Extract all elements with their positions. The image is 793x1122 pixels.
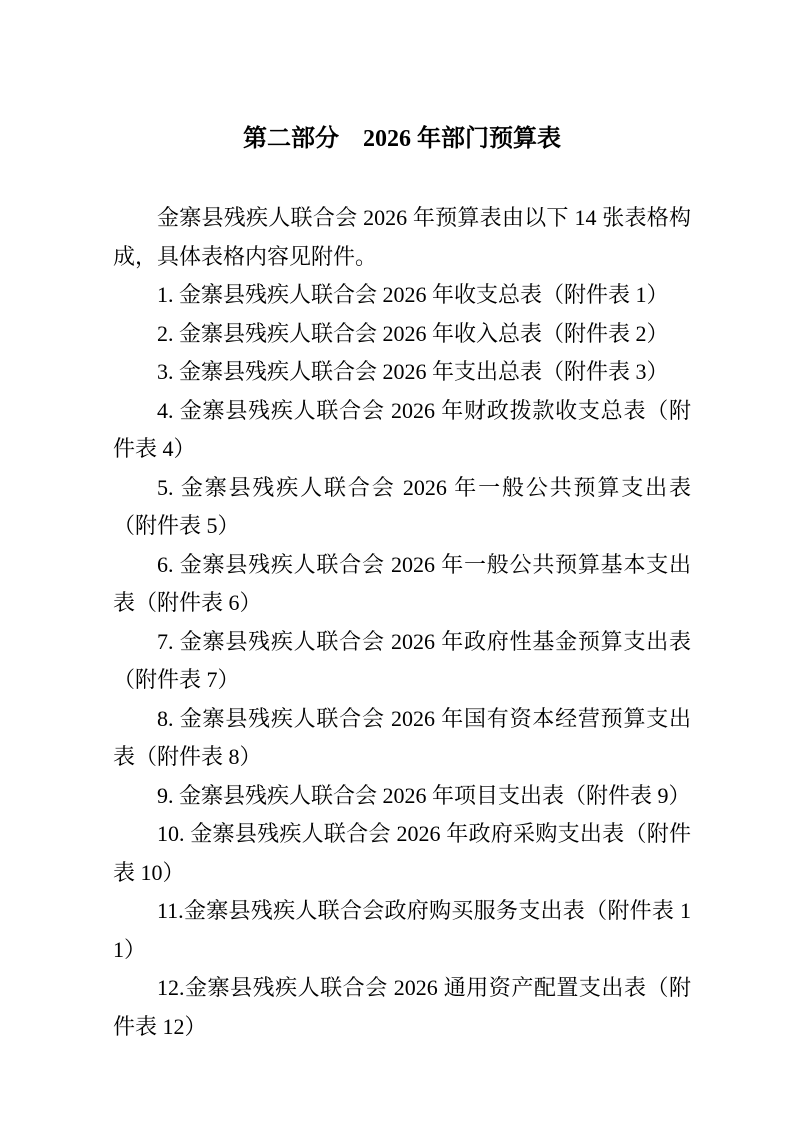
budget-table-item: 5. 金寨县残疾人联合会 2026 年一般公共预算支出表（附件表 5） [113,469,691,546]
budget-table-item: 8. 金寨县残疾人联合会 2026 年国有资本经营预算支出表（附件表 8） [113,700,691,777]
budget-table-item: 6. 金寨县残疾人联合会 2026 年一般公共预算基本支出表（附件表 6） [113,546,691,623]
budget-table-item: 7. 金寨县残疾人联合会 2026 年政府性基金预算支出表（附件表 7） [113,623,691,700]
budget-table-item: 4. 金寨县残疾人联合会 2026 年财政拨款收支总表（附件表 4） [113,392,691,469]
budget-table-item: 9. 金寨县残疾人联合会 2026 年项目支出表（附件表 9） [113,777,691,816]
document-page: 第二部分 2026 年部门预算表 金寨县残疾人联合会 2026 年预算表由以下 … [0,0,793,1122]
budget-table-list: 1. 金寨县残疾人联合会 2026 年收支总表（附件表 1） 2. 金寨县残疾人… [113,276,691,1046]
budget-table-item: 1. 金寨县残疾人联合会 2026 年收支总表（附件表 1） [113,276,691,315]
budget-table-item: 11.金寨县残疾人联合会政府购买服务支出表（附件表 11） [113,892,691,969]
budget-table-item: 2. 金寨县残疾人联合会 2026 年收入总表（附件表 2） [113,315,691,354]
budget-table-item: 12.金寨县残疾人联合会 2026 通用资产配置支出表（附件表 12） [113,969,691,1046]
budget-table-item: 10. 金寨县残疾人联合会 2026 年政府采购支出表（附件表 10） [113,815,691,892]
page-title: 第二部分 2026 年部门预算表 [113,120,691,158]
intro-paragraph: 金寨县残疾人联合会 2026 年预算表由以下 14 张表格构成，具体表格内容见附… [113,199,691,276]
budget-table-item: 3. 金寨县残疾人联合会 2026 年支出总表（附件表 3） [113,353,691,392]
document-content: 第二部分 2026 年部门预算表 金寨县残疾人联合会 2026 年预算表由以下 … [113,120,691,1046]
